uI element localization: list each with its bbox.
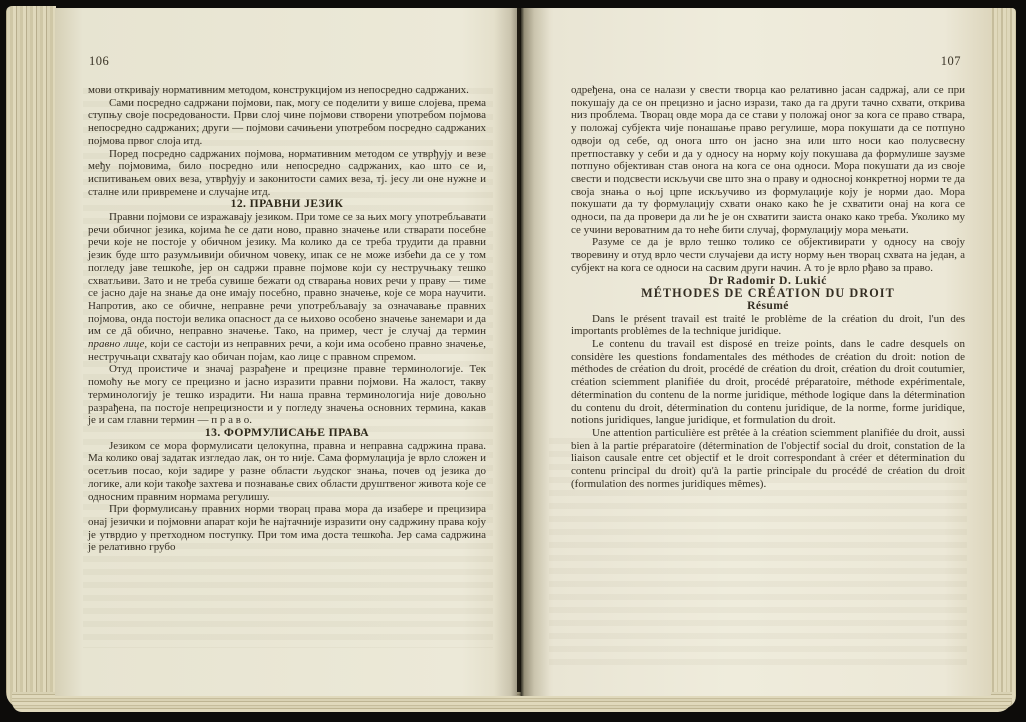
- book-scan: 106 мови откривају нормативним методом, …: [0, 0, 1026, 722]
- right-page-text-column: одређена, она се налази у свести творца …: [571, 84, 965, 491]
- paragraph: Сами посредно садржани појмови, пак, мог…: [88, 97, 486, 148]
- paragraph: Језиком се мора формулисати целокупна, п…: [88, 440, 486, 504]
- paragraph: При формулисању правних норми творац пра…: [88, 503, 486, 554]
- right-page: 107 одређена, она се налази у свести тво…: [521, 8, 991, 696]
- page-number-right: 107: [941, 54, 961, 69]
- italic-term: правно лице: [88, 338, 144, 350]
- left-page: 106 мови откривају нормативним методом, …: [55, 8, 517, 696]
- paragraph: Поред посредно садржаних појмова, нормат…: [88, 148, 486, 199]
- paragraph-continuation: одређена, она се налази у свести творца …: [571, 84, 965, 236]
- page-number-left: 106: [89, 54, 109, 69]
- section-heading-13: 13. ФОРМУЛИСАЊЕ ПРАВА: [88, 427, 486, 440]
- paragraph: Разуме се да је врло тешко толико се обј…: [571, 236, 965, 274]
- section-heading-12: 12. ПРАВНИ ЈЕЗИК: [88, 198, 486, 211]
- paragraph: Правни појмови се изражавају језиком. Пр…: [88, 211, 486, 363]
- resume-paragraph: Une attention particulière est prêtée à …: [571, 427, 965, 491]
- resume-paragraph: Dans le présent travail est traité le pr…: [571, 313, 965, 338]
- page-edge-stack-right: [988, 8, 1016, 708]
- paragraph-text: Правни појмови се изражавају језиком. Пр…: [88, 211, 486, 337]
- paragraph-text: , који се састоји из неправних речи, а к…: [88, 338, 486, 363]
- left-page-text-column: мови откривају нормативним методом, конс…: [88, 84, 486, 554]
- resume-paragraph: Le contenu du travail est disposé en tre…: [571, 338, 965, 427]
- resume-heading: Résumé: [571, 300, 965, 313]
- paragraph: Отуд проистиче и значај разрађене и прец…: [88, 363, 486, 427]
- paragraph-continuation: мови откривају нормативним методом, конс…: [88, 84, 486, 97]
- page-edge-stack-left: [6, 6, 56, 708]
